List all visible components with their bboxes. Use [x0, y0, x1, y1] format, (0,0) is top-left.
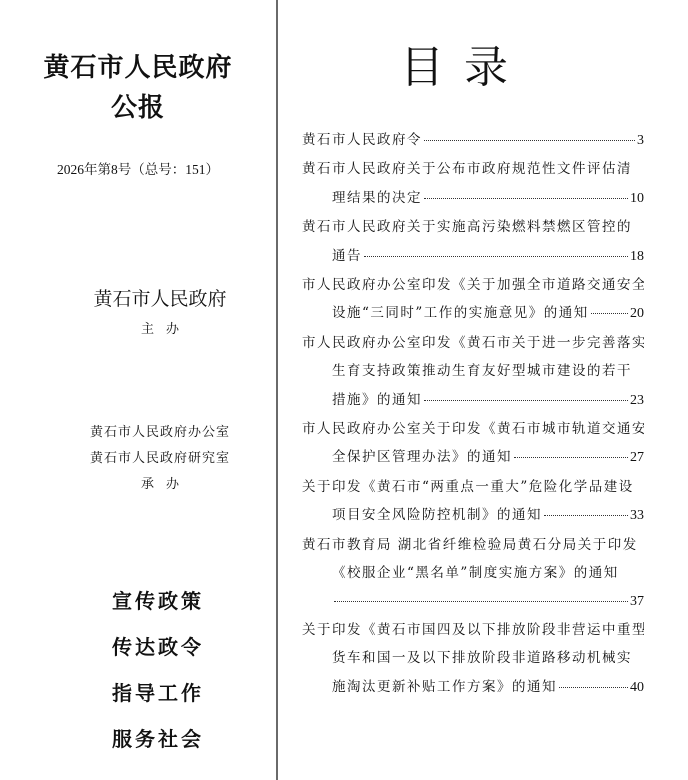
toc-entry-title-line: 货车和国一及以下排放阶段非道路移动机械实 — [302, 644, 644, 672]
toc-entry-title-line: 市人民政府办公室关于印发《黄石市城市轨道交通安 — [302, 415, 644, 443]
toc-entry-title-end: 黄石市人民政府令 — [302, 126, 422, 154]
toc-page-number: 37 — [630, 588, 644, 616]
toc-entry-title-line: 黄石市人民政府关于实施高污染燃料禁燃区管控的 — [302, 213, 644, 241]
toc-entry-last-line: 黄石市人民政府令3 — [302, 126, 644, 155]
toc-entry-title-end: 措施》的通知 — [332, 386, 422, 414]
publication-title-line2: 公报 — [0, 88, 276, 128]
slogans: 宣传政策 传达政令 指导工作 服务社会 — [0, 578, 316, 762]
toc-entry-title-end: 项目安全风险防控机制》的通知 — [332, 501, 542, 529]
toc-page-number: 33 — [630, 502, 644, 530]
toc-entry-last-line: 设施“三同时”工作的实施意见》的通知20 — [302, 299, 644, 328]
slogan-3: 指导工作 — [0, 670, 316, 716]
publication-title-line1: 黄石市人民政府 — [0, 48, 276, 88]
slogan-1: 宣传政策 — [0, 578, 316, 624]
toc-entry-last-line: 措施》的通知23 — [302, 386, 644, 415]
toc-entry[interactable]: 黄石市教育局 湖北省纤维检验局黄石分局关于印发《校服企业“黑名单”制度实施方案》… — [302, 531, 644, 616]
dot-leader — [591, 301, 628, 314]
toc-entry-title-end: 全保护区管理办法》的通知 — [332, 443, 512, 471]
dot-leader — [424, 388, 628, 401]
column-divider — [276, 0, 278, 780]
toc-entry-title-end: 理结果的决定 — [332, 184, 422, 212]
toc-entry-title-end: 施淘汰更新补贴工作方案》的通知 — [332, 673, 557, 701]
dot-leader — [424, 186, 628, 199]
toc-entry-title-end: 设施“三同时”工作的实施意见》的通知 — [332, 299, 589, 327]
dot-leader — [424, 128, 635, 141]
toc-entry-title-line: 市人民政府办公室印发《黄石市关于进一步完善落实 — [302, 329, 644, 357]
toc-entry[interactable]: 黄石市人民政府令3 — [302, 126, 644, 155]
toc-entry[interactable]: 市人民政府办公室印发《关于加强全市道路交通安全设施“三同时”工作的实施意见》的通… — [302, 271, 644, 329]
toc-entry[interactable]: 市人民政府办公室关于印发《黄石市城市轨道交通安全保护区管理办法》的通知27 — [302, 415, 644, 473]
toc-page-number: 20 — [630, 300, 644, 328]
toc-entry-last-line: 理结果的决定10 — [302, 184, 644, 213]
toc-entry-last-line: 通告18 — [302, 242, 644, 271]
table-of-contents: 黄石市人民政府令3黄石市人民政府关于公布市政府规范性文件评估清理结果的决定10黄… — [302, 126, 644, 702]
toc-entry[interactable]: 关于印发《黄石市国四及以下排放阶段非营运中重型货车和国一及以下排放阶段非道路移动… — [302, 616, 644, 702]
toc-entry[interactable]: 黄石市人民政府关于公布市政府规范性文件评估清理结果的决定10 — [302, 155, 644, 213]
toc-entry-last-line: 全保护区管理办法》的通知27 — [302, 443, 644, 472]
organizer-1: 黄石市人民政府办公室 — [0, 420, 320, 446]
toc-entry-title-end: 通告 — [332, 242, 362, 270]
organizers: 黄石市人民政府办公室 黄石市人民政府研究室 承办 — [0, 420, 320, 498]
slogan-4: 服务社会 — [0, 716, 316, 762]
toc-title: 目录 — [400, 40, 528, 96]
toc-entry-title-line: 关于印发《黄石市“两重点一重大”危险化学品建设 — [302, 473, 644, 501]
dot-leader — [334, 588, 628, 601]
toc-page-number: 18 — [630, 243, 644, 271]
toc-entry-last-line: 施淘汰更新补贴工作方案》的通知40 — [302, 673, 644, 702]
toc-page-number: 10 — [630, 185, 644, 213]
toc-entry-title-line: 黄石市人民政府关于公布市政府规范性文件评估清 — [302, 155, 644, 183]
dot-leader — [544, 503, 628, 516]
publication-title: 黄石市人民政府 公报 — [0, 48, 276, 128]
toc-entry[interactable]: 黄石市人民政府关于实施高污染燃料禁燃区管控的通告18 — [302, 213, 644, 271]
toc-entry-last-line: 项目安全风险防控机制》的通知33 — [302, 501, 644, 530]
sponsor-role: 主办 — [0, 318, 320, 337]
toc-entry-title-line: 生育支持政策推动生育友好型城市建设的若干 — [302, 357, 644, 385]
dot-leader — [364, 243, 628, 256]
organizer-role: 承办 — [0, 472, 320, 498]
dot-leader — [514, 445, 628, 458]
toc-page-number: 40 — [630, 674, 644, 702]
toc-page-number: 3 — [637, 127, 644, 155]
toc-entry-title-line: 关于印发《黄石市国四及以下排放阶段非营运中重型 — [302, 616, 644, 644]
issue-number: 2026年第8号（总号：151） — [57, 160, 219, 180]
dot-leader — [559, 675, 628, 688]
cover-column: 黄石市人民政府 公报 2026年第8号（总号：151） 黄石市人民政府 主办 黄… — [0, 0, 276, 780]
sponsor-name: 黄石市人民政府 — [0, 287, 320, 311]
toc-entry[interactable]: 市人民政府办公室印发《黄石市关于进一步完善落实生育支持政策推动生育友好型城市建设… — [302, 329, 644, 415]
toc-entry-title-line: 《校服企业“黑名单”制度实施方案》的通知 — [302, 559, 644, 587]
toc-entry-last-line: 37 — [302, 588, 644, 616]
toc-entry-title-line: 市人民政府办公室印发《关于加强全市道路交通安全 — [302, 271, 644, 299]
toc-entry-title-line: 黄石市教育局 湖北省纤维检验局黄石分局关于印发 — [302, 531, 644, 559]
slogan-2: 传达政令 — [0, 624, 316, 670]
toc-page-number: 27 — [630, 444, 644, 472]
toc-entry[interactable]: 关于印发《黄石市“两重点一重大”危险化学品建设项目安全风险防控机制》的通知33 — [302, 473, 644, 531]
toc-page-number: 23 — [630, 387, 644, 415]
organizer-2: 黄石市人民政府研究室 — [0, 446, 320, 472]
